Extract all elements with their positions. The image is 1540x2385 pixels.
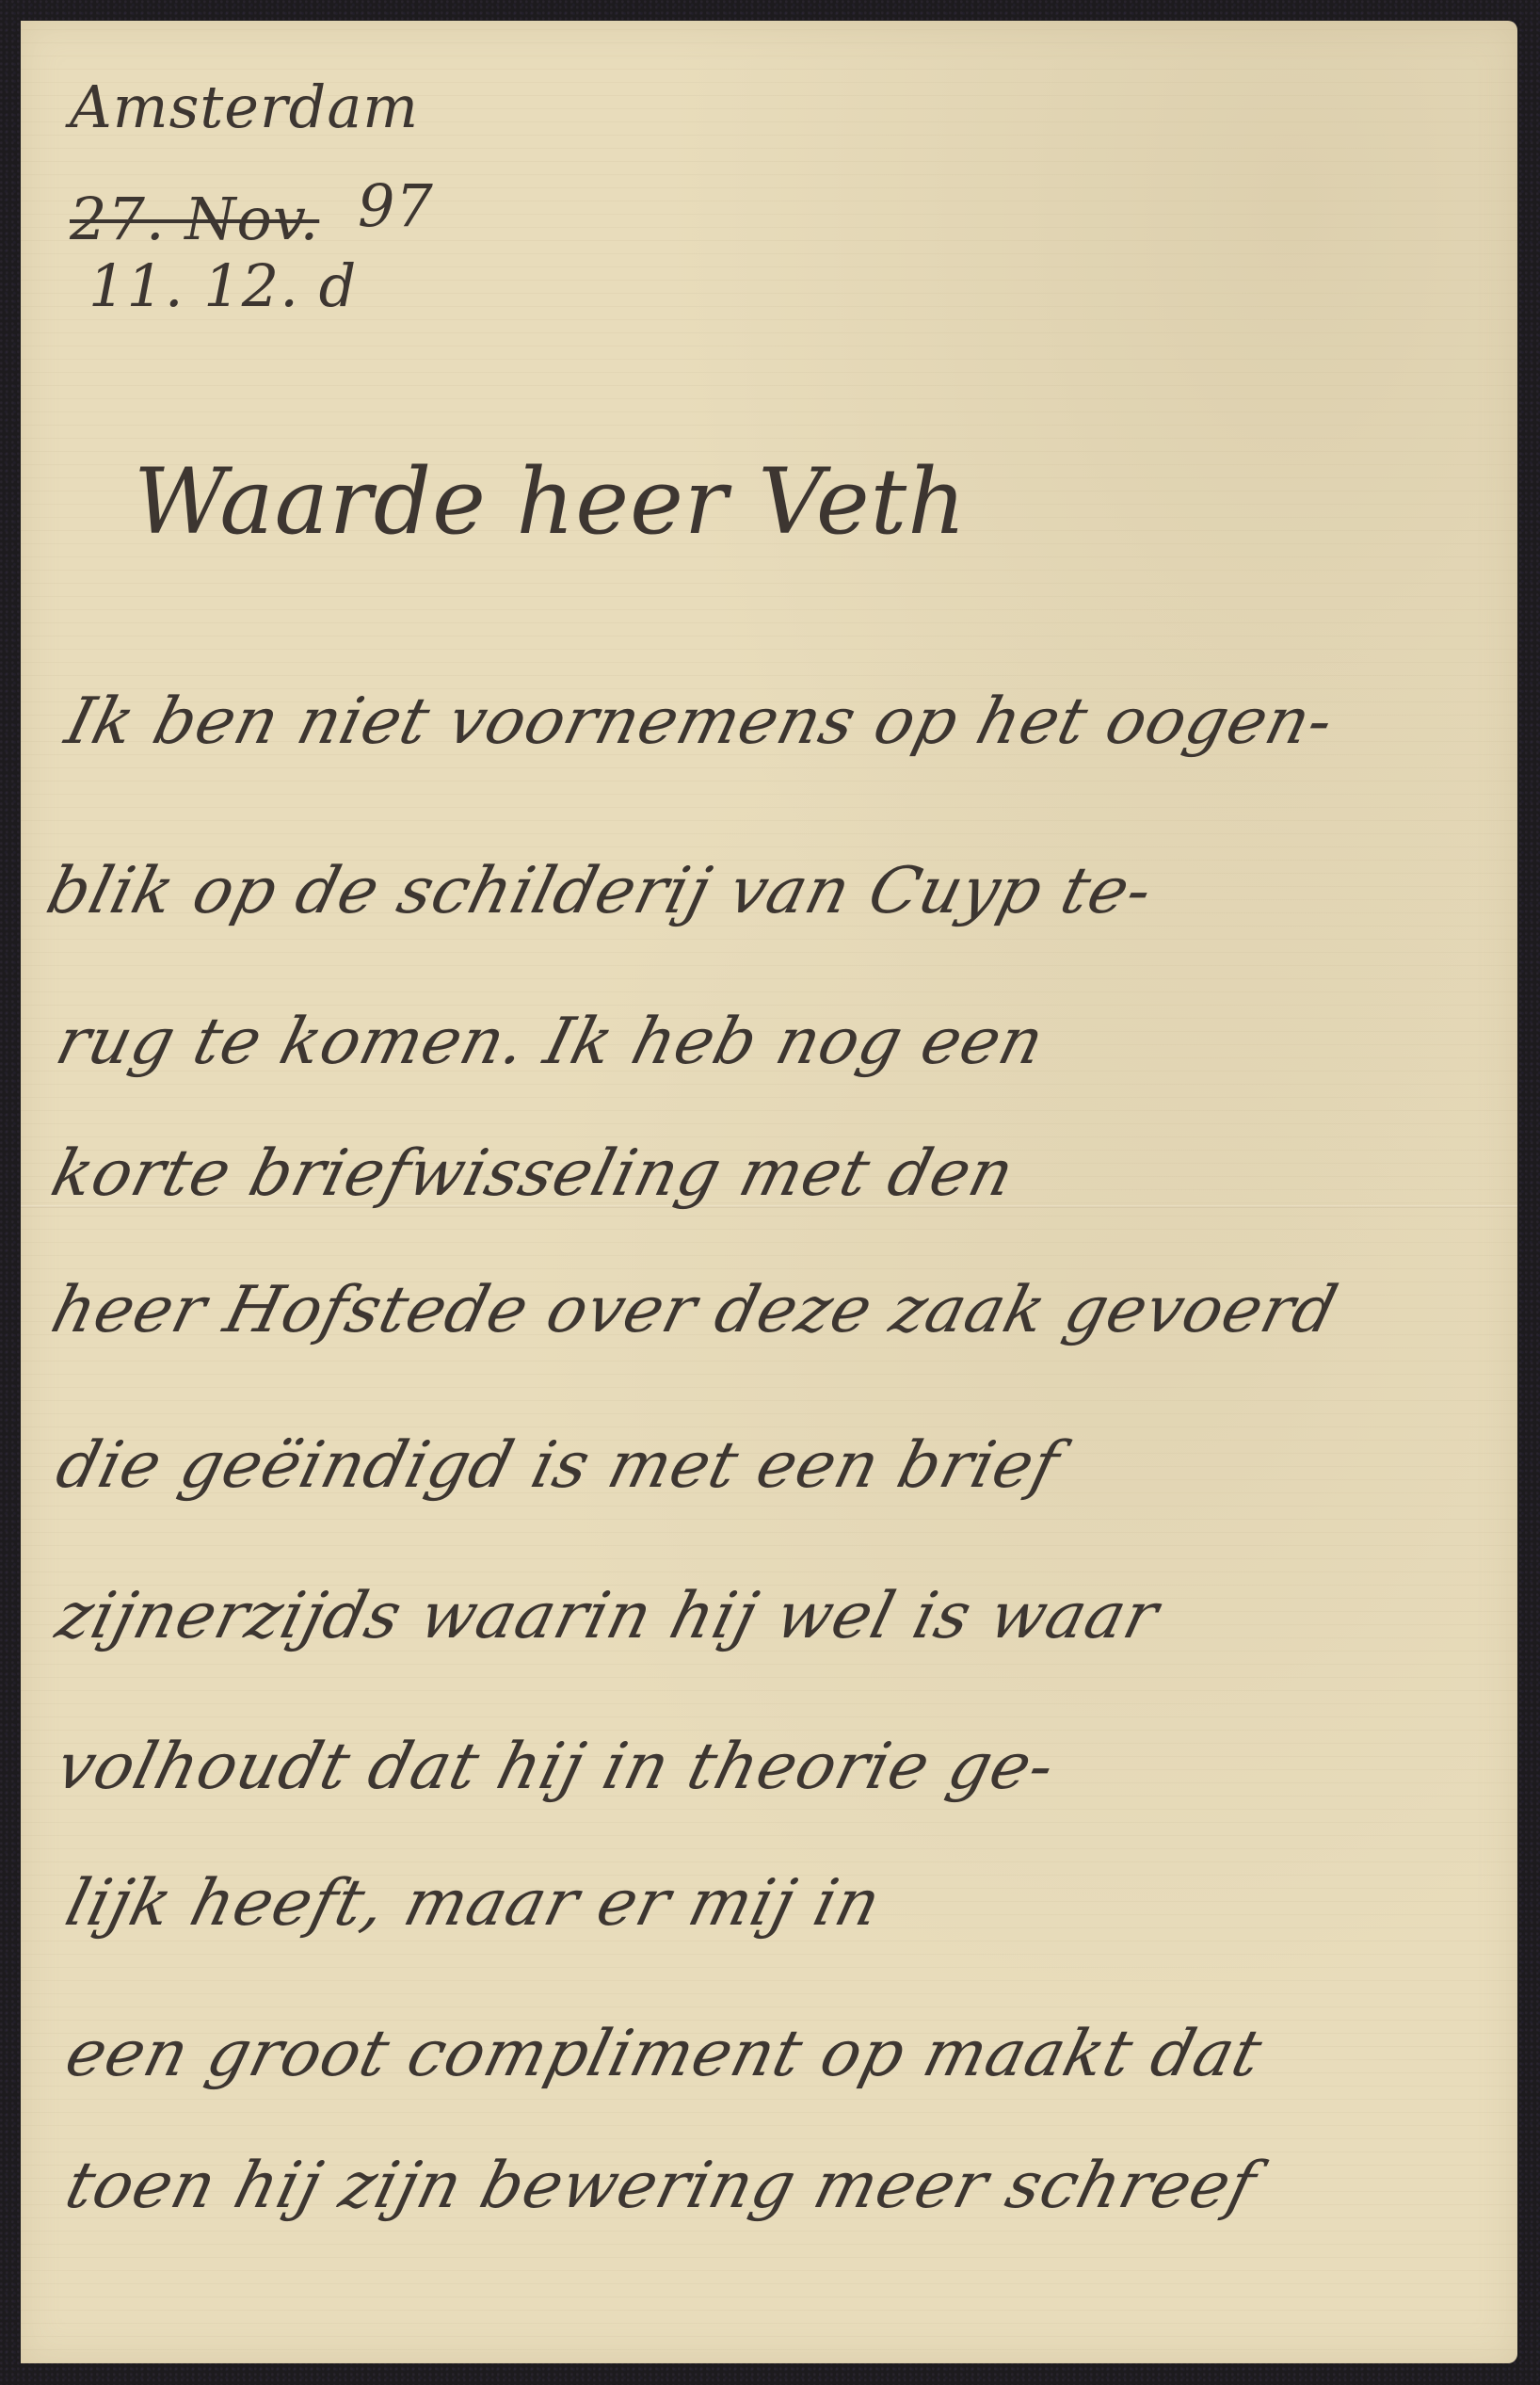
body-line: zijnerzijds waarin hij wel is waar xyxy=(49,1579,1166,1653)
body-line: rug te komen. Ik heb nog een xyxy=(49,1005,1051,1079)
body-line: blik op de schilderij van Cuyp te- xyxy=(40,854,1160,928)
letter-page: Amsterdam 27. Nov. 97 11. 12. d Waarde h… xyxy=(21,21,1517,2363)
body-line: lijk heeft, maar er mij in xyxy=(58,1866,889,1941)
date-line: 11. 12. d xyxy=(88,251,357,320)
year: 97 xyxy=(358,171,434,240)
salutation: Waarde heer Veth xyxy=(134,449,967,555)
body-line: Ik ben niet voornemens op het oogen- xyxy=(58,685,1341,759)
struck-date: 27. Nov. xyxy=(70,185,319,253)
place-line: Amsterdam xyxy=(70,73,419,141)
date-struck-line: 27. Nov. 97 xyxy=(70,171,434,253)
body-line: een groot compliment op maakt dat xyxy=(58,2017,1270,2091)
date: 11. 12. d xyxy=(88,251,357,320)
body-line: volhoudt dat hij in theorie ge- xyxy=(49,1730,1062,1804)
place: Amsterdam xyxy=(70,73,419,141)
body-line: toen hij zijn bewering meer schreef xyxy=(58,2149,1263,2223)
body-line: heer Hofstede over deze zaak gevoerd xyxy=(44,1273,1345,1347)
body-line: die geëindigd is met een brief xyxy=(49,1428,1067,1503)
body-line: korte briefwisseling met den xyxy=(44,1136,1021,1211)
